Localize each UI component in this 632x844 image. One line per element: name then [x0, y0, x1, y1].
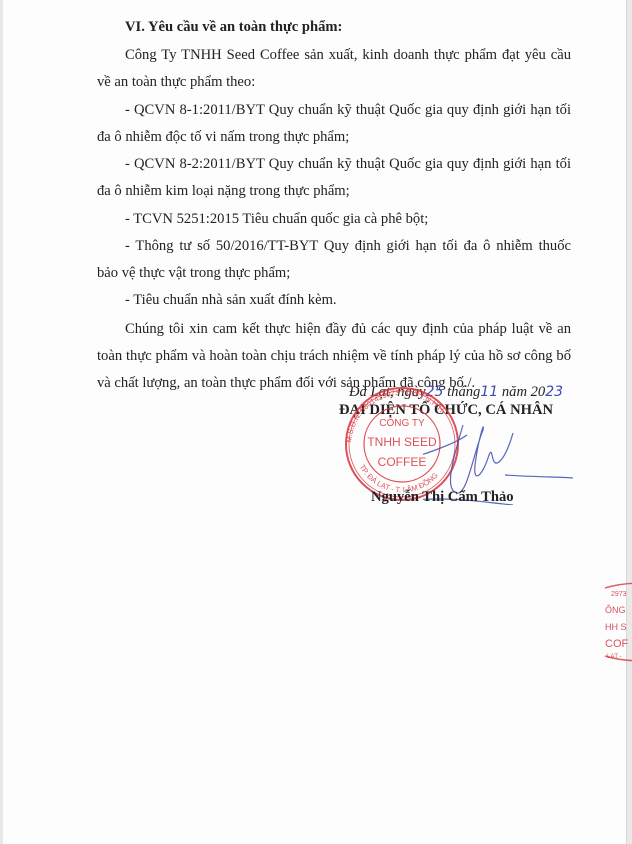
commitment-line-1: Chúng tôi xin cam kết thực hiện đầy đủ c…	[125, 320, 571, 338]
commitment-line-2: toàn thực phẩm và hoàn toàn chịu trách n…	[97, 347, 571, 365]
edge-stamp-line-1: 2973	[611, 591, 627, 598]
stamp-line-1: CÔNG TY	[379, 416, 425, 429]
edge-stamp-line-3: HH S	[605, 622, 627, 632]
paragraph-1-line-1: Công Ty TNHH Seed Coffee sản xuất, kinh …	[125, 46, 571, 64]
list-item-qcvn-8-2-cont: đa ô nhiễm kim loại nặng trong thực phẩm…	[97, 182, 350, 200]
date-year-suffix: 23	[545, 384, 563, 400]
list-item-tcvn-5251: - TCVN 5251:2015 Tiêu chuẩn quốc gia cà …	[125, 210, 428, 228]
edge-stamp-line-5: LẠT -	[607, 654, 622, 660]
edge-stamp-line-4: COF	[605, 638, 629, 650]
list-item-circular-50: - Thông tư số 50/2016/TT-BYT Quy định gi…	[125, 237, 571, 255]
stamp-line-3: COFFEE	[378, 455, 427, 469]
list-item-manufacturer-standard: - Tiêu chuẩn nhà sản xuất đính kèm.	[125, 291, 337, 309]
list-item-qcvn-8-1: - QCVN 8-1:2011/BYT Quy chuẩn kỹ thuật Q…	[125, 101, 571, 119]
edge-stamp-line-2: ÔNG	[605, 605, 626, 615]
paragraph-1-line-2: về an toàn thực phẩm theo:	[97, 73, 255, 91]
list-item-qcvn-8-1-cont: đa ô nhiễm độc tố vi nấm trong thực phẩm…	[97, 128, 349, 146]
date-month: 11	[480, 384, 498, 400]
list-item-qcvn-8-2: - QCVN 8-2:2011/BYT Quy chuẩn kỹ thuật Q…	[125, 155, 571, 173]
section-heading: VI. Yêu cầu về an toàn thực phẩm:	[125, 18, 342, 36]
list-item-circular-50-cont: bảo vệ thực vật trong thực phẩm;	[97, 264, 290, 282]
signatory-name: Nguyễn Thị Cẩm Thảo	[371, 488, 514, 506]
date-year-label: năm 20	[502, 384, 545, 400]
partial-stamp-edge: 2973 ÔNG HH S COF LẠT -	[603, 578, 632, 678]
document-page: VI. Yêu cầu về an toàn thực phẩm: Công T…	[3, 0, 627, 844]
